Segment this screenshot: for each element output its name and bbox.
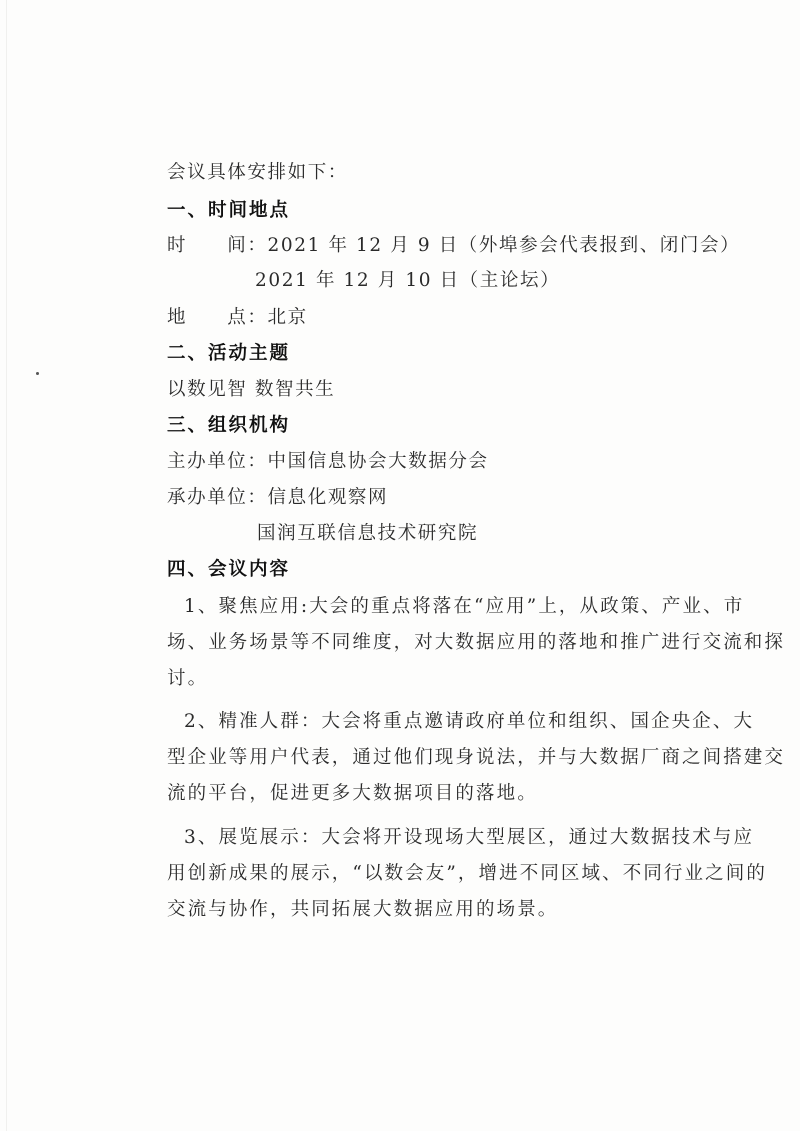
time-value-1: 2021 年 12 月 9 日（外埠参会代表报到、闭门会） [268, 235, 741, 256]
coorganizer-label: 承办单位： [167, 486, 268, 510]
place-row: 地 点：北京 [167, 306, 308, 330]
section-heading-organizers: 三、组织机构 [167, 414, 290, 438]
coorganizer-row: 承办单位：信息化观察网 [167, 486, 388, 510]
coorganizer-value-1: 信息化观察网 [268, 487, 389, 508]
intro-text: 会议具体安排如下： [167, 161, 348, 185]
time-label: 时 间： [167, 234, 268, 258]
coorganizer-value-2: 国润互联信息技术研究院 [257, 522, 478, 546]
section-heading-content: 四、会议内容 [167, 558, 290, 582]
content-item-2-line-3: 流的平台，促进更多大数据项目的落地。 [167, 782, 538, 806]
time-row: 时 间：2021 年 12 月 9 日（外埠参会代表报到、闭门会） [167, 234, 740, 258]
section-heading-time-place: 一、时间地点 [167, 199, 290, 223]
host-row: 主办单位：中国信息协会大数据分会 [167, 450, 489, 474]
content-item-3-line-1: 3、展览展示：大会将开设现场大型展区，通过大数据技术与应 [184, 826, 754, 850]
content-item-3-line-2: 用创新成果的展示，“以数会友”，增进不同区域、不同行业之间的 [167, 862, 767, 886]
place-value: 北京 [268, 307, 308, 328]
content-item-1-line-3: 讨。 [167, 667, 208, 691]
content-item-1-line-1: 1、聚焦应用:大会的重点将落在“应用”上，从政策、产业、市 [184, 595, 744, 619]
time-value-2: 2021 年 12 月 10 日（主论坛） [255, 269, 560, 293]
content-item-1-line-2: 场、业务场景等不同维度，对大数据应用的落地和推广进行交流和探 [167, 631, 785, 655]
host-value: 中国信息协会大数据分会 [268, 451, 489, 472]
section-heading-theme: 二、活动主题 [167, 342, 290, 366]
host-label: 主办单位： [167, 450, 268, 474]
content-item-2-line-1: 2、精准人群：大会将重点邀请政府单位和组织、国企央企、大 [184, 710, 754, 734]
content-item-2-line-2: 型企业等用户代表，通过他们现身说法，并与大数据厂商之间搭建交 [167, 746, 785, 770]
content-item-3-line-3: 交流与协作，共同拓展大数据应用的场景。 [167, 898, 558, 922]
place-label: 地 点： [167, 306, 268, 330]
theme-value: 以数见智 数智共生 [167, 378, 335, 402]
document-page: 会议具体安排如下： 一、时间地点 时 间：2021 年 12 月 9 日（外埠参… [0, 0, 800, 1131]
scan-edge [6, 0, 7, 1131]
scan-speck [36, 372, 39, 375]
